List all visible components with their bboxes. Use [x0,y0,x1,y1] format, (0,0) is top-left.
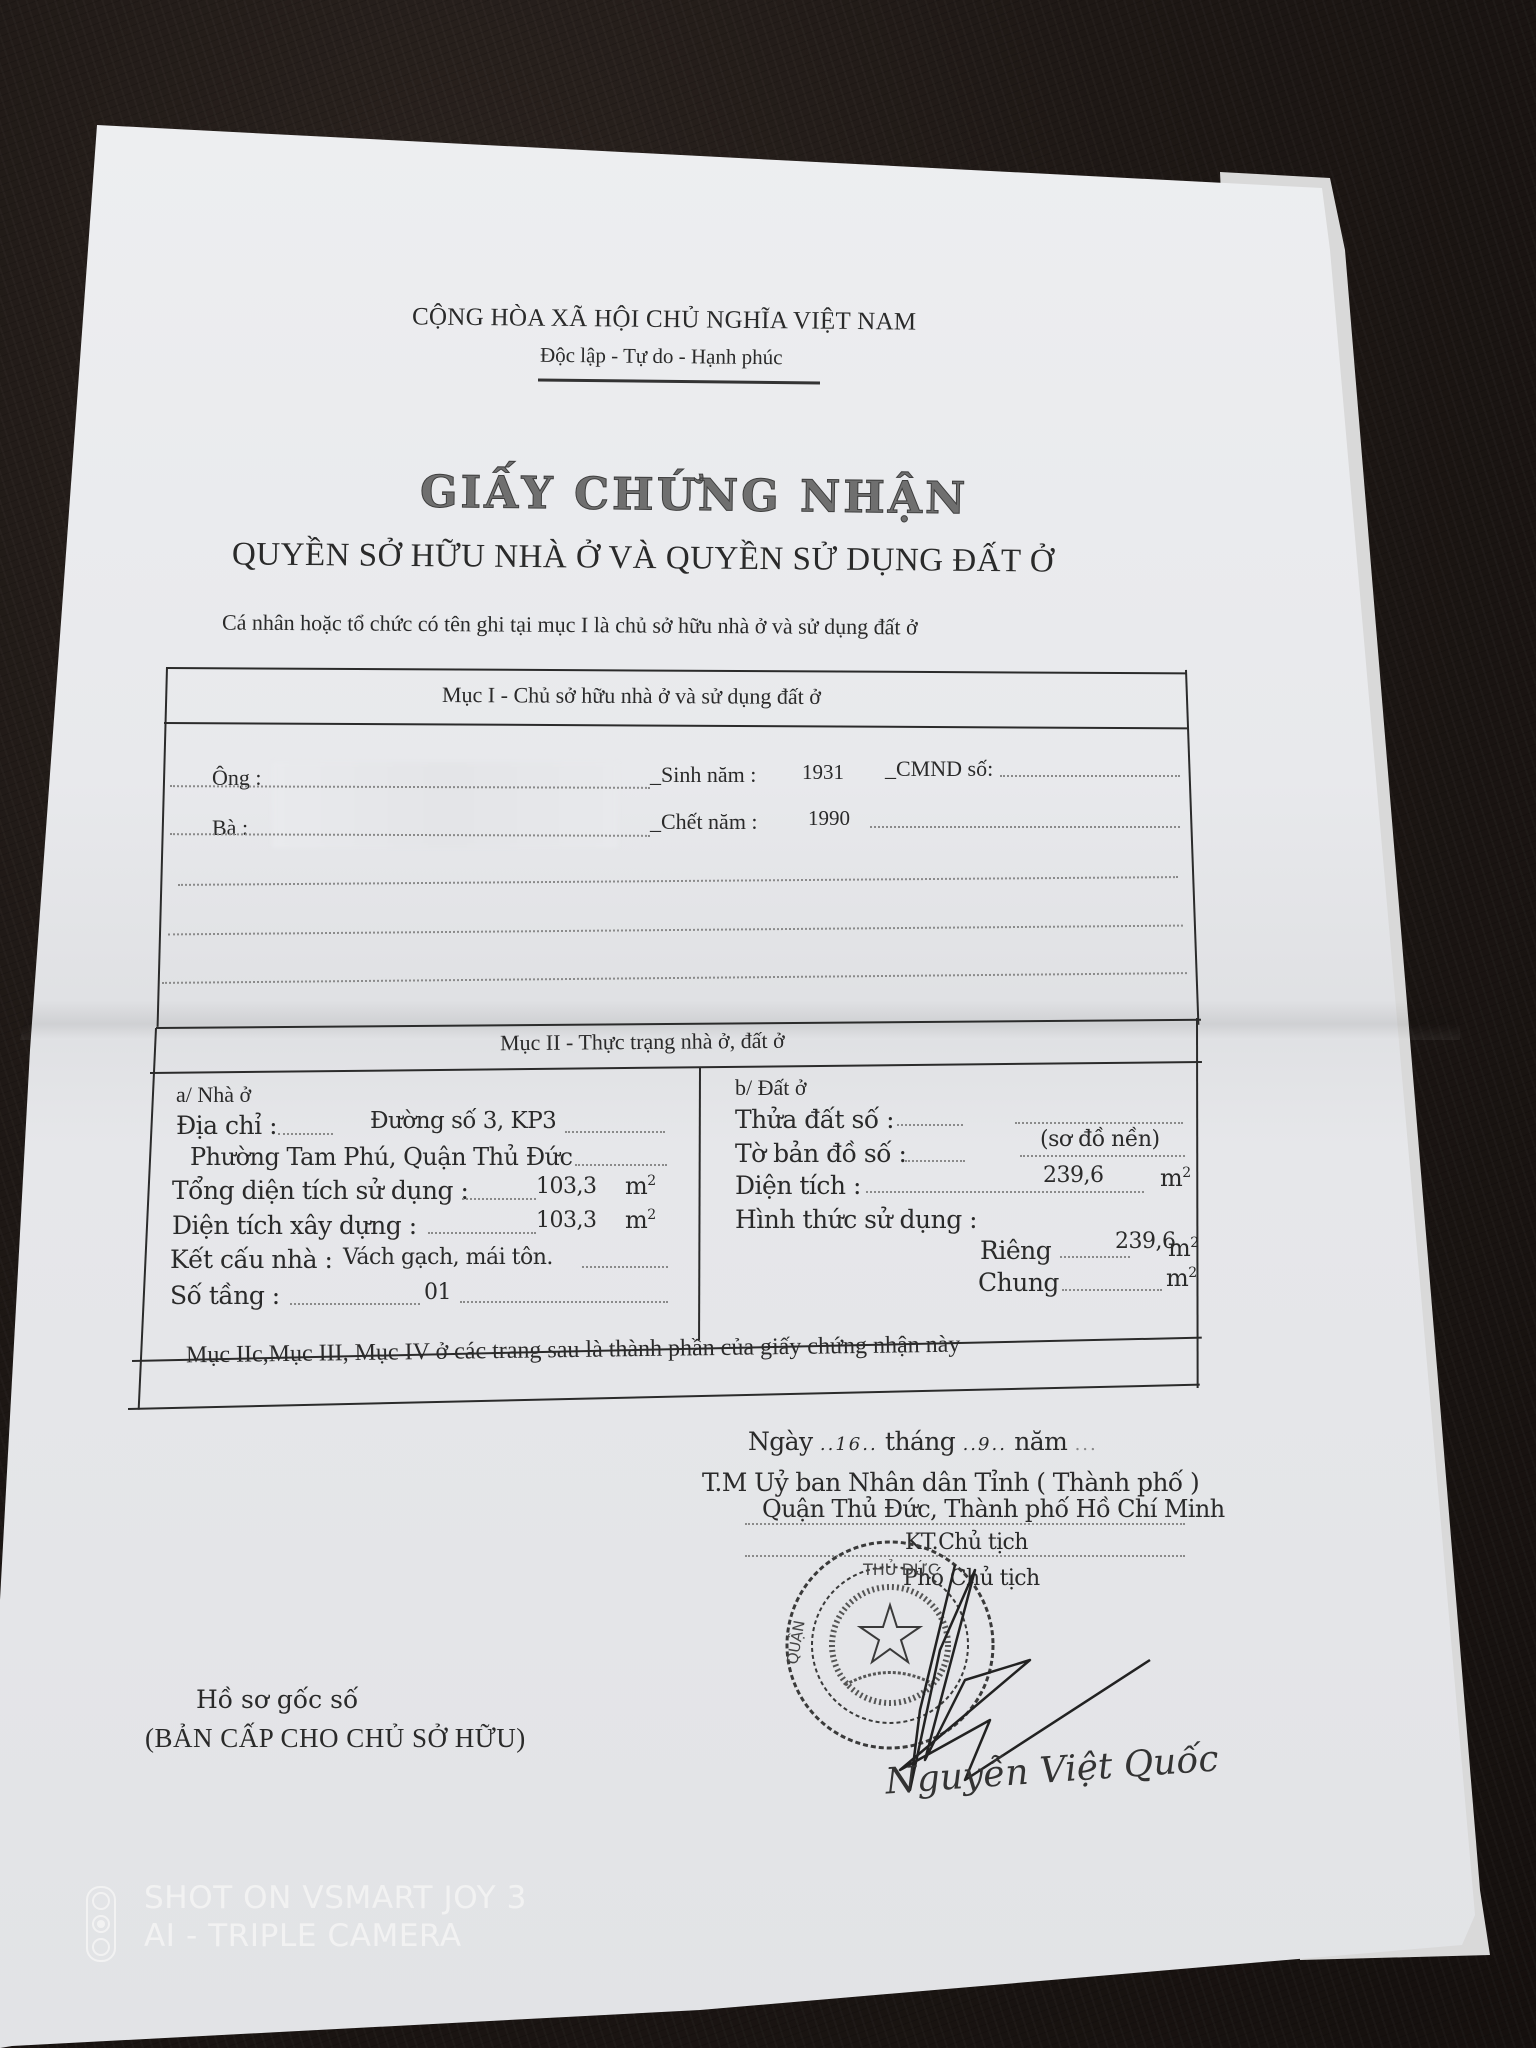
authority-line2: Quận Thủ Đức, Thành phố Hồ Chí Minh [762,1495,1225,1523]
build-area-dotline [428,1232,536,1234]
shared-label: Chung [978,1268,1059,1297]
plot-label: Thửa đất số : [735,1105,894,1134]
certificate-title: GIẤY CHỨNG NHẬN [420,467,969,525]
death-year-dotline [870,826,1180,828]
day-value: ..16.. [820,1434,878,1455]
total-area-dotline [462,1198,536,1200]
floors-label: Số tầng : [170,1281,280,1310]
birth-year-value: 1931 [802,760,844,785]
land-area-label: Diện tích : [735,1171,861,1200]
year-label: năm [1014,1427,1067,1456]
total-area-value: 103,3 [536,1174,596,1199]
shared-dotline [1062,1289,1162,1291]
land-area-unit: m2 [1160,1164,1191,1192]
structure-dotline [582,1266,668,1268]
country-name: CỘNG HÒA XÃ HỘI CHỦ NGHĨA VIỆT NAM [412,303,917,336]
year-value: ... [1075,1434,1098,1455]
stamp-text-left: QUẬN [782,1619,808,1666]
usage-form-label: Hình thức sử dụng : [735,1205,977,1234]
issue-date: Ngày ..16.. tháng ..9.. năm ... [748,1427,1098,1456]
land-area-dotline [866,1191,1144,1193]
build-area-label: Diện tích xây dựng : [172,1211,417,1240]
floors-dotline-a [290,1303,420,1305]
map-dotline-a [905,1160,965,1162]
watermark-line1: SHOT ON VSMART JOY 3 [144,1880,527,1916]
ba-label: Bà : [212,815,248,841]
private-label: Riêng [980,1236,1051,1265]
certificate-subtitle: QUYỀN SỞ HỮU NHÀ Ở VÀ QUYỀN SỬ DỤNG ĐẤT … [232,536,1054,580]
day-label: Ngày [748,1427,813,1456]
total-area-label: Tổng diện tích sử dụng : [172,1176,468,1205]
authority-line1: T.M Uỷ ban Nhân dân Tỉnh ( Thành phố ) [702,1468,1199,1497]
plot-dotline-b [1015,1122,1183,1124]
floors-dotline-b [460,1301,668,1303]
death-year-label: _Chết năm : [650,809,758,835]
triple-camera-icon [86,1886,116,1962]
floors-value: 01 [424,1280,451,1305]
structure-label: Kết cấu nhà : [170,1245,332,1274]
map-dotline-b [1020,1155,1185,1157]
id-number-dotline [1000,775,1180,777]
address-dotline-b [565,1131,665,1133]
original-file-label: Hồ sơ gốc số [196,1685,358,1714]
section1-heading: Mục I - Chủ sở hữu nhà ở và sử dụng đất … [442,682,821,710]
owner-copy-label: (BẢN CẤP CHO CHỦ SỞ HỮU) [145,1723,526,1754]
house-heading: a/ Nhà ở [176,1082,251,1108]
month-value: ..9.. [963,1434,1007,1455]
total-area-unit: m2 [625,1172,656,1200]
land-heading: b/ Đất ở [735,1075,807,1101]
private-value: 239,6 [1115,1229,1175,1254]
address-dotline-a [278,1133,333,1135]
address-dotline-c [575,1164,667,1166]
address-line2: Phường Tam Phú, Quận Thủ Đức [190,1143,572,1171]
watermark-line2: AI - TRIPLE CAMERA [144,1918,462,1954]
address-line1: Đường số 3, KP3 [370,1108,556,1134]
section2-heading: Mục II - Thực trạng nhà ở, đất ở [500,1028,785,1056]
id-number-label: _CMND số: [885,756,993,782]
map-value: (sơ đồ nền) [1040,1127,1160,1152]
month-label: tháng [885,1427,955,1456]
land-area-value: 239,6 [1043,1163,1103,1188]
map-label: Tờ bản đồ số : [735,1139,906,1168]
plot-dotline-a [897,1124,963,1126]
authority-dotline [745,1523,1185,1525]
private-dotline [1060,1256,1130,1258]
structure-value: Vách gạch, mái tôn. [343,1245,553,1270]
certificate-intro: Cá nhân hoặc tổ chức có tên ghi tại mục … [222,610,918,641]
private-unit: m2 [1168,1234,1199,1262]
national-motto: Độc lập - Tự do - Hạnh phúc [540,343,783,371]
death-year-value: 1990 [808,806,850,831]
build-area-unit: m2 [625,1206,656,1234]
birth-year-label: _Sinh năm : [650,762,756,788]
shared-unit: m2 [1166,1264,1197,1292]
build-area-value: 103,3 [536,1208,596,1233]
address-label: Địa chỉ : [176,1111,277,1140]
